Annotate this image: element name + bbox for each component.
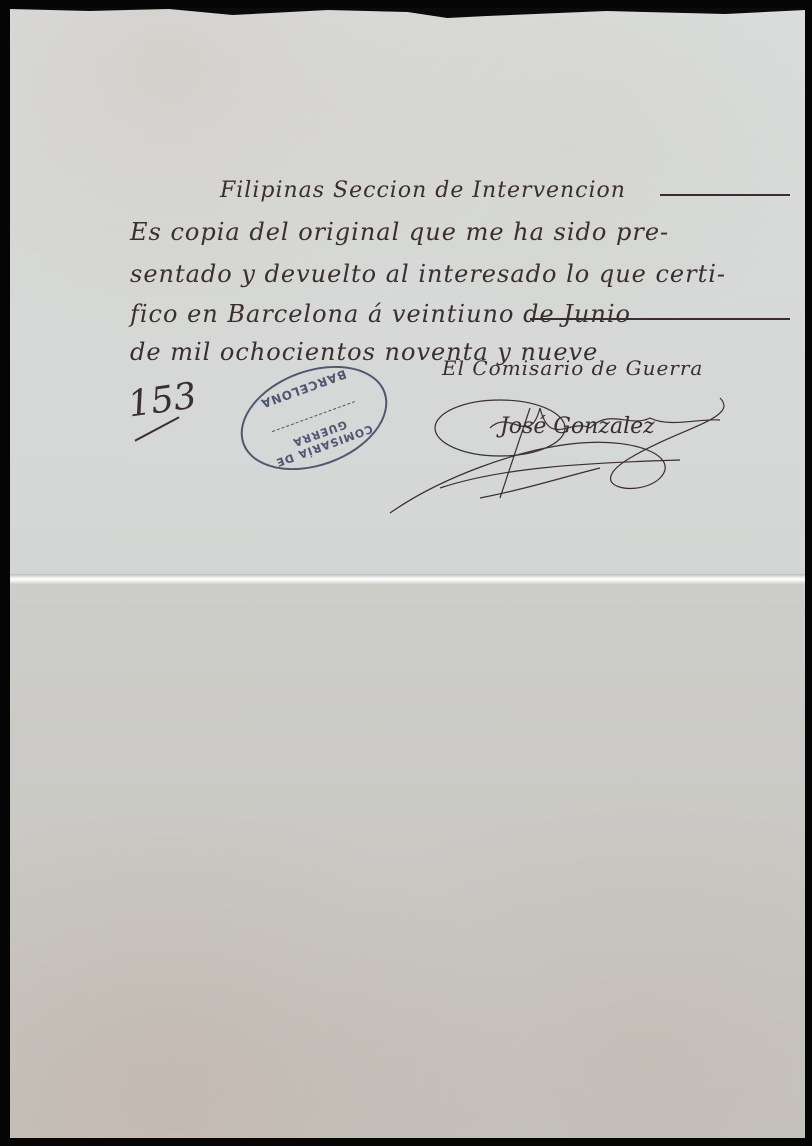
body-line-1: Es copia del original que me ha sido pre… xyxy=(130,218,669,246)
document-sheet: Filipinas Seccion de Intervencion Es cop… xyxy=(10,8,805,1138)
signature-name: José Gonzalez xyxy=(496,414,655,439)
line-filler-dash xyxy=(530,318,790,320)
signature-flourish-icon: José Gonzalez xyxy=(380,388,780,528)
header-line: Filipinas Seccion de Intervencion xyxy=(220,178,626,203)
lower-panel-blank xyxy=(10,584,805,1138)
body-line-3: fico en Barcelona á veintiuno de Junio xyxy=(130,300,631,328)
signatory-title: El Comisario de Guerra xyxy=(442,356,703,380)
paper-fold xyxy=(10,574,805,584)
body-line-2: sentado y devuelto al interesado lo que … xyxy=(130,260,726,288)
line-filler-dash xyxy=(660,194,790,196)
